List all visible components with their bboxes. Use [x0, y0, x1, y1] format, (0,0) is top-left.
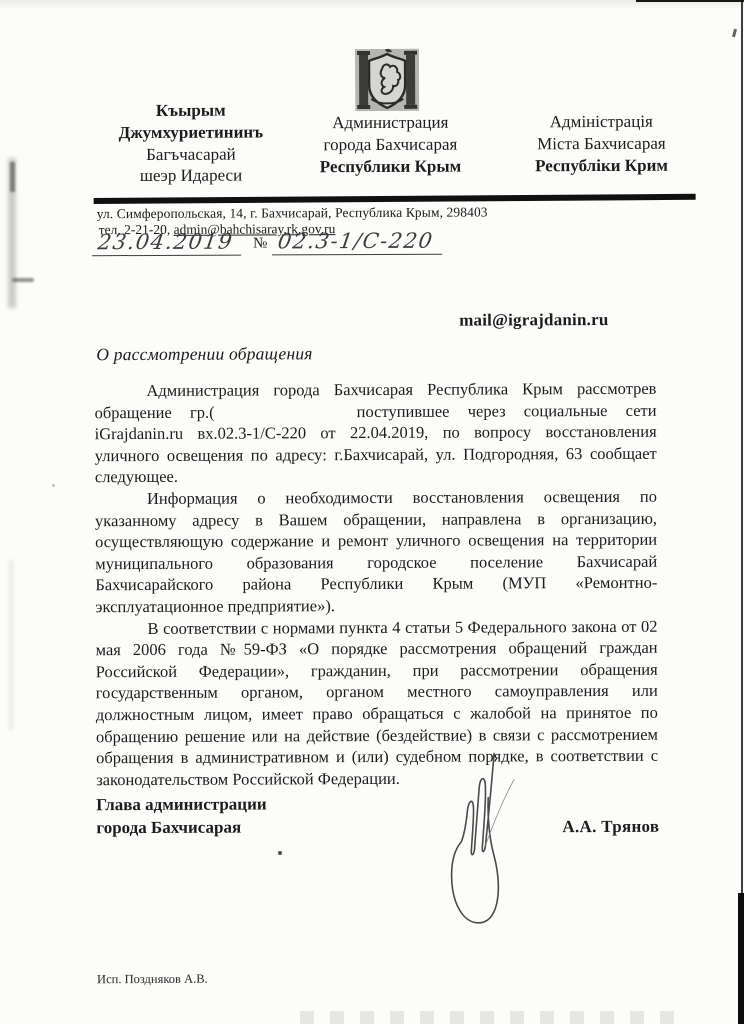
- letter-body: Администрация города Бахчисарая Республи…: [94, 378, 658, 791]
- recipient-email: mail@igrajdanin.ru: [459, 310, 608, 331]
- executor-note: Исп. Поздняков А.В.: [97, 972, 208, 987]
- handwritten-outgoing-number: 02.3-1/С-220: [272, 229, 445, 256]
- letterhead-line: шеэр Идареси: [93, 165, 288, 188]
- letterhead-line: Республики Крым: [301, 155, 479, 178]
- redacted-name-gap: [215, 417, 357, 418]
- letterhead-line: Багъчасарай: [93, 143, 288, 166]
- scan-ink-dot: [278, 851, 282, 855]
- letterhead-line: Міста Бахчисарая: [516, 132, 686, 154]
- handwritten-signature-icon: [448, 745, 529, 931]
- signatory-name: А.А. Трянов: [562, 817, 659, 837]
- coat-of-arms-icon: [355, 47, 419, 113]
- letterhead-divider-rule: [94, 194, 696, 204]
- letterhead-russian: Администрация города Бахчисарая Республи…: [301, 112, 479, 178]
- letterhead-line: Къырым: [93, 99, 288, 122]
- letterhead-line: Джумхуриетининъ: [93, 121, 288, 144]
- scan-edge-right: [741, 0, 743, 1024]
- paragraph-2: Информация о необходимости восстановлени…: [95, 486, 658, 618]
- scan-faint-dot: [52, 484, 55, 487]
- scan-smudge-dash: [12, 278, 34, 282]
- letter-content: Къырым Джумхуриетининъ Багъчасарай шеэр …: [0, 0, 744, 1024]
- signatory-title-line: города Бахчисарая: [96, 816, 266, 839]
- number-sign-label: №: [243, 235, 273, 255]
- org-postal-address: ул. Симферопольская, 14, г. Бахчисарай, …: [97, 204, 488, 222]
- letterhead-line: Адміністрація: [516, 111, 686, 133]
- scan-bottom-streaks: [300, 1011, 690, 1024]
- letterhead-line: Администрация: [301, 112, 479, 135]
- paragraph-1: Администрация города Бахчисарая Республи…: [94, 378, 656, 488]
- signatory-title-line: Глава администрации: [96, 793, 266, 816]
- letterhead-line: города Бахчисарая: [301, 133, 479, 156]
- scanned-letter-page: Къырым Джумхуриетининъ Багъчасарай шеэр …: [0, 0, 744, 1024]
- scan-edge-right-bottom: [738, 893, 744, 1024]
- letterhead-crimean-tatar: Къырым Джумхуриетининъ Багъчасарай шеэр …: [93, 99, 288, 187]
- scan-edge-top: [636, 0, 744, 2]
- letterhead-line: Республіки Крим: [516, 154, 686, 176]
- outgoing-reference-line: 23.04.2019 № 02.3-1/С-220: [94, 229, 443, 257]
- handwritten-date: 23.04.2019: [92, 230, 245, 257]
- signatory-title: Глава администрации города Бахчисарая: [96, 793, 267, 839]
- paragraph-3: В соответствии с нормами пункта 4 статьи…: [95, 615, 658, 790]
- letterhead-ukrainian: Адміністрація Міста Бахчисарая Республік…: [516, 111, 686, 177]
- scan-smudge-left-dark: [10, 162, 15, 192]
- scan-smudge-left-lower: [9, 560, 13, 730]
- subject-line: О рассмотрении обращения: [96, 343, 312, 365]
